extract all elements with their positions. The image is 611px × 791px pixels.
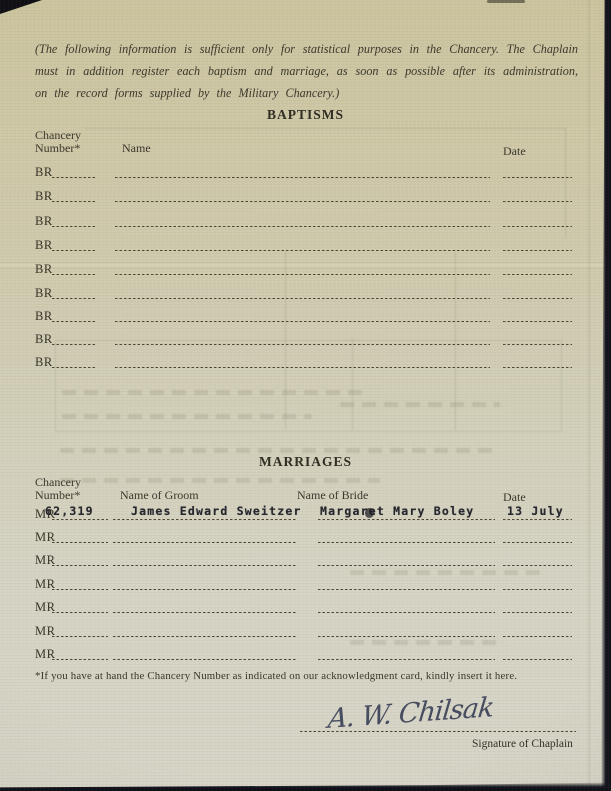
row-prefix: BR <box>35 165 53 180</box>
chancery-number-line <box>52 343 96 345</box>
signature-label: Signature of Chaplain <box>472 738 573 750</box>
chancery-number-line <box>52 297 96 299</box>
chancery-number-line <box>52 273 96 275</box>
baptism-row: BR <box>0 281 611 301</box>
baptism-row: BR <box>0 209 611 229</box>
bride-line <box>318 658 495 660</box>
chancery-number-line <box>52 541 108 543</box>
scan-edge-bottom <box>0 782 611 791</box>
baptism-row: BR <box>0 160 611 180</box>
bride-line: Margaret Mary Boley <box>318 518 495 520</box>
baptism-row: BR <box>0 304 611 324</box>
bride-line <box>318 635 495 637</box>
name-line <box>115 273 490 275</box>
baptisms-title: BAPTISMS <box>0 107 611 123</box>
date-line <box>503 273 572 275</box>
date-line <box>503 366 572 368</box>
groom-line <box>113 564 296 566</box>
groom-line <box>113 635 296 637</box>
name-line <box>115 200 490 202</box>
chancery-number-line <box>52 611 108 613</box>
baptisms-date-header: Date <box>503 145 526 158</box>
marriage-row: MR <box>0 525 611 545</box>
name-line <box>115 225 490 227</box>
header-chancery: Chancery <box>35 475 81 489</box>
marriages-chancery-header: Chancery Number* <box>35 476 81 502</box>
baptism-row: BR <box>0 257 611 277</box>
groom-line <box>113 588 296 590</box>
date-line <box>503 635 572 637</box>
chancery-number-footnote: *If you have at hand the Chancery Number… <box>35 670 517 682</box>
row-prefix: BR <box>35 309 53 324</box>
row-prefix: BR <box>35 189 53 204</box>
row-prefix: BR <box>35 214 53 229</box>
row-prefix: BR <box>35 262 53 277</box>
groom-line <box>113 611 296 613</box>
marriages-bride-header: Name of Bride <box>297 489 368 502</box>
row-prefix: BR <box>35 238 53 253</box>
date-line <box>503 343 572 345</box>
date-line <box>503 176 572 178</box>
chancery-number-line <box>52 366 96 368</box>
baptism-row: BR <box>0 350 611 370</box>
bride-line <box>318 611 495 613</box>
marriage-row: MR <box>0 619 611 639</box>
intro-note: (The following information is sufficient… <box>35 38 578 104</box>
groom-line <box>113 541 296 543</box>
chancery-number-line <box>52 320 96 322</box>
row-prefix: BR <box>35 286 53 301</box>
chancery-number-line: 62,319 <box>52 518 108 520</box>
name-line <box>115 249 490 251</box>
header-chancery: Chancery <box>35 128 81 142</box>
baptism-row: BR <box>0 233 611 253</box>
date-line <box>503 200 572 202</box>
date-line <box>503 541 572 543</box>
date-line <box>503 611 572 613</box>
marriage-row-filled: MR 62,319 James Edward Sweitzer Margaret… <box>0 502 611 522</box>
bleedthrough-text <box>60 448 500 453</box>
date-line <box>503 320 572 322</box>
groom-line <box>113 658 296 660</box>
marriages-groom-header: Name of Groom <box>120 489 199 502</box>
row-prefix: BR <box>35 332 53 347</box>
scan-corner-artifact <box>0 0 42 14</box>
date-line <box>503 588 572 590</box>
name-line <box>115 176 490 178</box>
marriage-row: MR <box>0 572 611 592</box>
bride-line <box>318 564 495 566</box>
row-prefix: BR <box>35 355 53 370</box>
marriages-title: MARRIAGES <box>0 454 611 470</box>
name-line <box>115 297 490 299</box>
chancery-number-line <box>52 658 108 660</box>
bleedthrough-text <box>62 390 362 395</box>
marriage-row: MR <box>0 548 611 568</box>
baptism-row: BR <box>0 327 611 347</box>
baptisms-name-header: Name <box>122 142 151 155</box>
bleedthrough-text <box>340 402 500 407</box>
name-line <box>115 366 490 368</box>
marriage-row: MR <box>0 595 611 615</box>
bride-line <box>318 588 495 590</box>
scan-smudge <box>487 0 525 3</box>
date-line: 13 July <box>503 518 572 520</box>
chancery-number-line <box>52 564 108 566</box>
bleedthrough-line <box>85 128 566 129</box>
date-line <box>503 658 572 660</box>
chancery-number-line <box>52 176 96 178</box>
scanned-chancery-form: (The following information is sufficient… <box>0 0 611 791</box>
bleedthrough-text <box>60 478 380 483</box>
date-line <box>503 297 572 299</box>
groom-line: James Edward Sweitzer <box>113 518 296 520</box>
baptism-row: BR <box>0 184 611 204</box>
chancery-number-line <box>52 225 96 227</box>
date-line <box>503 225 572 227</box>
chancery-number-line <box>52 588 108 590</box>
baptisms-chancery-header: Chancery Number* <box>35 129 81 155</box>
bleedthrough-text <box>62 414 312 419</box>
header-number: Number* <box>35 488 80 502</box>
chancery-number-line <box>52 200 96 202</box>
chancery-number-line <box>52 635 108 637</box>
date-line <box>503 564 572 566</box>
name-line <box>115 343 490 345</box>
marriage-row: MR <box>0 642 611 662</box>
date-line <box>503 249 572 251</box>
header-number: Number* <box>35 141 80 155</box>
name-line <box>115 320 490 322</box>
bride-line <box>318 541 495 543</box>
chancery-number-line <box>52 249 96 251</box>
